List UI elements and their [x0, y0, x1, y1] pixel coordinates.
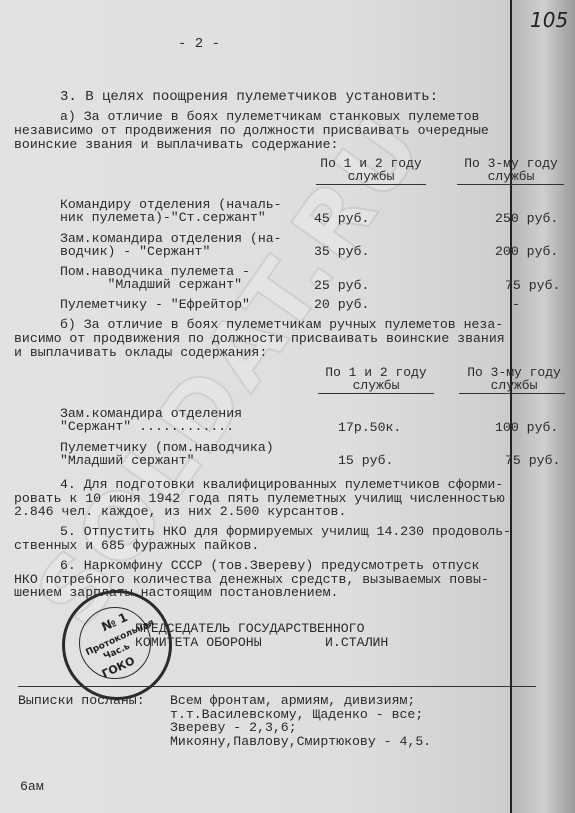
distribution-line: Звереву - 2,3,6; [170, 721, 297, 735]
underline [316, 184, 426, 185]
underline [459, 393, 565, 394]
document-page: 105 - 2 - SOLDAT.RU 3. В целях поощрения… [0, 0, 575, 813]
section3b-line: б) За отличие в боях пулеметчикам ручных… [60, 318, 503, 332]
section5-line: 5. Отпустить НКО для формируемых училищ … [60, 525, 511, 539]
table-b-header-col1: По 1 и 2 годуслужбы [316, 366, 436, 392]
row-value-col1: 45 руб. [314, 212, 369, 226]
page-number: - 2 - [178, 36, 220, 52]
row-value-col1: 25 руб. [314, 279, 369, 293]
distribution-line: Всем фронтам, армиям, дивизиям; [170, 694, 415, 708]
section4-line: 2.846 чел. каждое, из них 2.500 курсанто… [14, 505, 346, 519]
section6-line: шением зарплаты настоящим постановлением… [14, 586, 338, 600]
row-value-col1: 35 руб. [314, 245, 369, 259]
row-value-col2: - [512, 298, 520, 312]
section3a-line: а) За отличие в боях пулеметчикам станко… [60, 110, 479, 124]
table-a-header-col1: По 1 и 2 годуслужбы [316, 157, 426, 183]
row-label: Пулеметчику - "Ефрейтор" [60, 298, 250, 312]
section3b-line: и выплачивать оклады содержания: [14, 346, 267, 360]
section3a-line: независимо от продвижения по должности п… [14, 124, 489, 138]
distribution-label: Выписки посланы: [18, 694, 145, 708]
section3a-line: воинские звания и выплачивать содержание… [14, 138, 338, 152]
row-label: "Младший сержант" [60, 454, 195, 468]
row-value-col2: 200 руб. [495, 245, 558, 259]
table-b-header-col2: По 3-му годуслужбы [458, 366, 570, 392]
row-value-col2: 100 руб. [495, 421, 558, 435]
row-value-col1: 17р.50к. [338, 421, 401, 435]
section4-line: 4. Для подготовки квалифицированных пуле… [60, 478, 503, 492]
section3-heading: 3. В целях поощрения пулеметчиков устано… [60, 90, 438, 104]
signature-name: И.СТАЛИН [325, 636, 388, 650]
folio-number: 105 [530, 8, 568, 32]
table-a-header-col2: По 3-му годуслужбы [456, 157, 566, 183]
row-label: "Сержант" ............ [60, 420, 234, 434]
row-value-col2: 75 руб. [505, 279, 560, 293]
row-value-col2: 75 руб. [505, 454, 560, 468]
separator-rule [18, 686, 536, 687]
section3b-line: висимо от продвижения по должности присв… [14, 332, 505, 346]
row-label: ник пулемета)-"Ст.сержант" [60, 211, 266, 225]
row-label: водчик) - "Сержант" [60, 245, 210, 259]
scan-edge-strip [512, 0, 575, 813]
section6-line: 6. Наркомфину СССР (тов.Звереву) предусм… [60, 559, 479, 573]
underline [318, 393, 434, 394]
row-value-col1: 20 руб. [314, 298, 369, 312]
row-label: "Младший сержант" [60, 278, 242, 292]
underline [457, 184, 564, 185]
scan-edge-line [510, 0, 512, 813]
footer-mark: 6ам [20, 780, 44, 794]
row-value-col1: 15 руб. [338, 454, 393, 468]
official-stamp: № 1 Протокольная Час.ь ГОКО [62, 590, 172, 700]
distribution-line: Микояну,Павлову,Смиртюкову - 4,5. [170, 735, 431, 749]
row-value-col2: 250 руб. [495, 212, 558, 226]
section5-line: ственных и 685 фуражных пайков. [14, 539, 259, 553]
